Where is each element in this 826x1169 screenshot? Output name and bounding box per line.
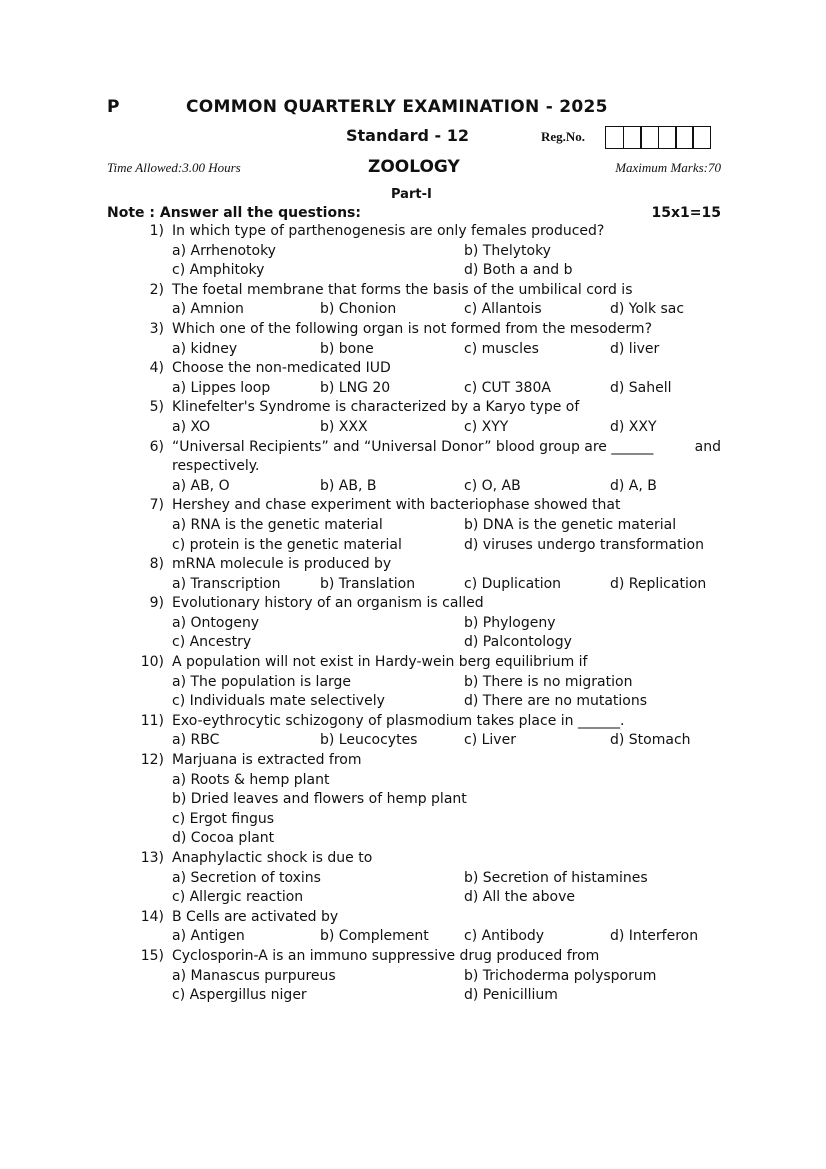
option-c[interactable]: c) Allergic reaction — [172, 888, 303, 908]
option-a[interactable]: a) XO — [172, 418, 210, 438]
maximum-marks: Maximum Marks:70 — [615, 160, 721, 176]
question-stem: 13)Anaphylactic shock is due to — [0, 849, 826, 869]
question-text: Klinefelter's Syndrome is characterized … — [172, 398, 579, 418]
option-a[interactable]: a) Transcription — [172, 575, 281, 595]
option-b[interactable]: b) Complement — [320, 927, 429, 947]
question-number: 15) — [141, 947, 164, 967]
question-number: 3) — [150, 320, 164, 340]
question-text: Hershey and chase experiment with bacter… — [172, 496, 620, 516]
option-d[interactable]: d) Replication — [610, 575, 706, 595]
reg-no-box[interactable] — [658, 126, 677, 149]
question-stem: 9)Evolutionary history of an organism is… — [0, 594, 826, 614]
question-stem: 8)mRNA molecule is produced by — [0, 555, 826, 575]
option-d[interactable]: d) Both a and b — [464, 261, 573, 281]
reg-no-box[interactable] — [640, 126, 659, 149]
question-number: 14) — [141, 908, 164, 928]
option-c[interactable]: c) O, AB — [464, 477, 521, 497]
question-text: In which type of parthenogenesis are onl… — [172, 222, 604, 242]
question-line: respectively. — [0, 457, 826, 477]
option-b[interactable]: b) Secretion of histamines — [464, 869, 648, 889]
question-stem: 3)Which one of the following organ is no… — [0, 320, 826, 340]
option-b[interactable]: b) AB, B — [320, 477, 377, 497]
reg-no-box[interactable] — [675, 126, 694, 149]
subject-title: ZOOLOGY — [368, 157, 460, 177]
option-b[interactable]: b) LNG 20 — [320, 379, 390, 399]
time-allowed: Time Allowed:3.00 Hours — [107, 160, 241, 176]
question-stem: 1)In which type of parthenogenesis are o… — [0, 222, 826, 242]
question-stem: 6)“Universal Recipients” and “Universal … — [0, 438, 826, 458]
options-row: a) The population is largeb) There is no… — [0, 673, 826, 693]
question-number: 11) — [141, 712, 164, 732]
question-text: A population will not exist in Hardy-wei… — [172, 653, 587, 673]
question-text: Which one of the following organ is not … — [172, 320, 652, 340]
option-d[interactable]: d) XXY — [610, 418, 657, 438]
options-row: a) Arrhenotokyb) Thelytoky — [0, 242, 826, 262]
question-number: 12) — [141, 751, 164, 771]
reg-no-box[interactable] — [692, 126, 711, 149]
option-c[interactable]: c) muscles — [464, 340, 539, 360]
option-b[interactable]: b) Dried leaves and flowers of hemp plan… — [172, 790, 467, 810]
question-number: 10) — [141, 653, 164, 673]
options-row: c) Ancestryd) Palcontology — [0, 633, 826, 653]
option-b[interactable]: b) XXX — [320, 418, 368, 438]
options-row: a) Amnionb) Chonionc) Allantoisd) Yolk s… — [0, 300, 826, 320]
marks-scheme: 15x1=15 — [652, 205, 721, 221]
question-number: 4) — [150, 359, 164, 379]
reg-no-label: Reg.No. — [541, 129, 585, 145]
option-d[interactable]: d) Sahell — [610, 379, 672, 399]
question-list: 1)In which type of parthenogenesis are o… — [0, 222, 826, 1006]
options-row: b) Dried leaves and flowers of hemp plan… — [0, 790, 826, 810]
question-text: Choose the non-medicated IUD — [172, 359, 391, 379]
question-stem: 14)B Cells are activated by — [0, 908, 826, 928]
option-b[interactable]: b) Translation — [320, 575, 415, 595]
option-c[interactable]: c) Antibody — [464, 927, 544, 947]
option-a[interactable]: a) Ontogeny — [172, 614, 259, 634]
options-row: a) Antigenb) Complementc) Antibodyd) Int… — [0, 927, 826, 947]
option-c[interactable]: c) Ancestry — [172, 633, 251, 653]
question-number: 1) — [150, 222, 164, 242]
question-text-end: and — [695, 438, 721, 458]
option-a[interactable]: a) RBC — [172, 731, 219, 751]
standard-label: Standard - 12 — [346, 126, 469, 145]
reg-no-boxes[interactable] — [607, 126, 711, 149]
exam-title: COMMON QUARTERLY EXAMINATION - 2025 — [186, 97, 608, 117]
question-stem: 11)Exo-eythrocytic schizogony of plasmod… — [0, 712, 826, 732]
option-c[interactable]: c) Aspergillus niger — [172, 986, 307, 1006]
option-b[interactable]: b) Thelytoky — [464, 242, 551, 262]
question-stem: 12)Marjuana is extracted from — [0, 751, 826, 771]
option-b[interactable]: b) Trichoderma polysporum — [464, 967, 656, 987]
options-row: a) AB, Ob) AB, Bc) O, ABd) A, B — [0, 477, 826, 497]
option-b[interactable]: b) Chonion — [320, 300, 396, 320]
question-text: Marjuana is extracted from — [172, 751, 362, 771]
options-row: a) Lippes loopb) LNG 20c) CUT 380Ad) Sah… — [0, 379, 826, 399]
question-number: 6) — [150, 438, 164, 458]
options-row: a) Transcriptionb) Translationc) Duplica… — [0, 575, 826, 595]
question-text: B Cells are activated by — [172, 908, 338, 928]
reg-no-box[interactable] — [623, 126, 642, 149]
option-c[interactable]: c) protein is the genetic material — [172, 536, 402, 556]
question-number: 2) — [150, 281, 164, 301]
question-stem: 2)The foetal membrane that forms the bas… — [0, 281, 826, 301]
option-d[interactable]: d) There are no mutations — [464, 692, 647, 712]
option-a[interactable]: a) Roots & hemp plant — [172, 771, 330, 791]
question-stem: 15)Cyclosporin-A is an immuno suppressiv… — [0, 947, 826, 967]
option-b[interactable]: b) Leucocytes — [320, 731, 417, 751]
question-text: Cyclosporin-A is an immuno suppressive d… — [172, 947, 599, 967]
option-d[interactable]: d) liver — [610, 340, 659, 360]
options-row: c) Amphitokyd) Both a and b — [0, 261, 826, 281]
option-a[interactable]: a) Antigen — [172, 927, 245, 947]
option-a[interactable]: a) The population is large — [172, 673, 351, 693]
question-text: “Universal Recipients” and “Universal Do… — [172, 438, 653, 458]
options-row: a) RNA is the genetic materialb) DNA is … — [0, 516, 826, 536]
option-d[interactable]: d) Cocoa plant — [172, 829, 274, 849]
option-d[interactable]: d) Palcontology — [464, 633, 572, 653]
question-stem: 10)A population will not exist in Hardy-… — [0, 653, 826, 673]
option-a[interactable]: a) Lippes loop — [172, 379, 270, 399]
options-row: a) XOb) XXXc) XYYd) XXY — [0, 418, 826, 438]
option-d[interactable]: d) All the above — [464, 888, 575, 908]
question-number: 7) — [150, 496, 164, 516]
question-text: The foetal membrane that forms the basis… — [172, 281, 632, 301]
options-row: a) Secretion of toxinsb) Secretion of hi… — [0, 869, 826, 889]
question-number: 8) — [150, 555, 164, 575]
options-row: c) protein is the genetic materiald) vir… — [0, 536, 826, 556]
options-row: c) Aspergillus nigerd) Penicillium — [0, 986, 826, 1006]
option-b[interactable]: b) There is no migration — [464, 673, 632, 693]
options-row: a) kidneyb) bonec) musclesd) liver — [0, 340, 826, 360]
option-d[interactable]: d) Stomach — [610, 731, 691, 751]
question-text-continued: respectively. — [172, 457, 259, 477]
reg-no-box[interactable] — [605, 126, 624, 149]
set-code: P — [107, 97, 119, 117]
options-row: a) Manascus purpureusb) Trichoderma poly… — [0, 967, 826, 987]
instructions-note: Note : Answer all the questions: — [107, 205, 361, 221]
question-text: Anaphylactic shock is due to — [172, 849, 372, 869]
options-row: c) Individuals mate selectivelyd) There … — [0, 692, 826, 712]
option-a[interactable]: a) Secretion of toxins — [172, 869, 321, 889]
part-heading: Part-I — [391, 187, 432, 202]
question-number: 9) — [150, 594, 164, 614]
question-stem: 5)Klinefelter's Syndrome is characterize… — [0, 398, 826, 418]
option-c[interactable]: c) Liver — [464, 731, 516, 751]
question-number: 13) — [141, 849, 164, 869]
option-d[interactable]: d) Yolk sac — [610, 300, 684, 320]
question-stem: 7)Hershey and chase experiment with bact… — [0, 496, 826, 516]
option-d[interactable]: d) Penicillium — [464, 986, 558, 1006]
option-a[interactable]: a) Amnion — [172, 300, 244, 320]
options-row: a) RBCb) Leucocytesc) Liverd) Stomach — [0, 731, 826, 751]
question-text: Evolutionary history of an organism is c… — [172, 594, 484, 614]
options-row: d) Cocoa plant — [0, 829, 826, 849]
option-d[interactable]: d) Interferon — [610, 927, 698, 947]
options-row: c) Ergot fingus — [0, 810, 826, 830]
option-b[interactable]: b) DNA is the genetic material — [464, 516, 676, 536]
option-c[interactable]: c) CUT 380A — [464, 379, 551, 399]
option-d[interactable]: d) A, B — [610, 477, 657, 497]
option-a[interactable]: a) Arrhenotoky — [172, 242, 276, 262]
option-c[interactable]: c) Allantois — [464, 300, 542, 320]
options-row: c) Allergic reactiond) All the above — [0, 888, 826, 908]
option-a[interactable]: a) AB, O — [172, 477, 230, 497]
option-a[interactable]: a) kidney — [172, 340, 237, 360]
option-b[interactable]: b) Phylogeny — [464, 614, 556, 634]
question-number: 5) — [150, 398, 164, 418]
option-a[interactable]: a) Manascus purpureus — [172, 967, 336, 987]
option-c[interactable]: c) Amphitoky — [172, 261, 264, 281]
option-c[interactable]: c) Duplication — [464, 575, 561, 595]
option-c[interactable]: c) XYY — [464, 418, 508, 438]
options-row: a) Ontogenyb) Phylogeny — [0, 614, 826, 634]
option-a[interactable]: a) RNA is the genetic material — [172, 516, 383, 536]
option-c[interactable]: c) Individuals mate selectively — [172, 692, 385, 712]
option-b[interactable]: b) bone — [320, 340, 374, 360]
question-stem: 4)Choose the non-medicated IUD — [0, 359, 826, 379]
options-row: a) Roots & hemp plant — [0, 771, 826, 791]
option-c[interactable]: c) Ergot fingus — [172, 810, 274, 830]
question-text: Exo-eythrocytic schizogony of plasmodium… — [172, 712, 624, 732]
option-d[interactable]: d) viruses undergo transformation — [464, 536, 704, 556]
question-text: mRNA molecule is produced by — [172, 555, 391, 575]
